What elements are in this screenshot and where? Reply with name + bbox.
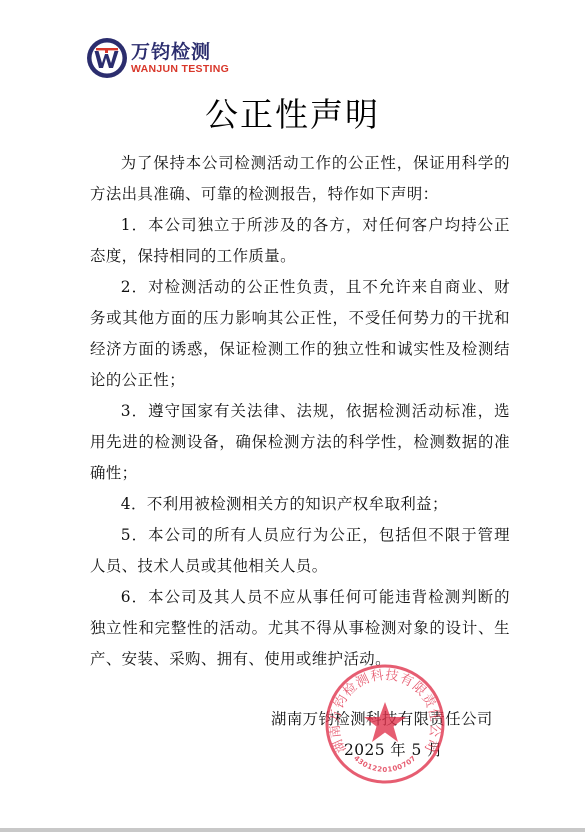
- document-title: 公正性声明: [0, 94, 585, 136]
- clause-3: 3．遵守国家有关法律、法规，依据检测活动标准，选用先进的检测设备，确保检测方法的…: [90, 396, 510, 489]
- clause-4: 4．不利用被检测相关方的知识产权牟取利益；: [90, 489, 510, 520]
- logo-name-en: WANJUN TESTING: [131, 63, 229, 75]
- document-body: 为了保持本公司检测活动工作的公正性，保证用科学的方法出具准确、可靠的检测报告，特…: [90, 148, 510, 675]
- clause-6: 6．本公司及其人员不应从事任何可能违背检测判断的独立性和完整性的活动。尤其不得从…: [90, 582, 510, 675]
- signature-date: 2025 年 5 月: [271, 735, 493, 766]
- intro-paragraph: 为了保持本公司检测活动工作的公正性，保证用科学的方法出具准确、可靠的检测报告，特…: [90, 148, 510, 210]
- clause-5: 5．本公司的所有人员应行为公正，包括但不限于管理人员、技术人员或其他相关人员。: [90, 520, 510, 582]
- signature-block: 湖南万钧检测科技有限责任公司 2025 年 5 月: [271, 704, 493, 766]
- clause-2: 2．对检测活动的公正性负责，且不允许来自商业、财务或其他方面的压力影响其公正性，…: [90, 272, 510, 396]
- page-bottom-edge: [0, 828, 585, 832]
- company-logo: 万钧检测 WANJUN TESTING: [86, 36, 229, 80]
- logo-name-cn: 万钧检测: [131, 41, 229, 63]
- clause-1: 1．本公司独立于所涉及的各方，对任何客户均持公正态度，保持相同的工作质量。: [90, 210, 510, 272]
- document-page: 万钧检测 WANJUN TESTING 公正性声明 为了保持本公司检测活动工作的…: [0, 0, 585, 828]
- signature-company: 湖南万钧检测科技有限责任公司: [271, 704, 493, 735]
- wanjun-logo-icon: [86, 37, 128, 79]
